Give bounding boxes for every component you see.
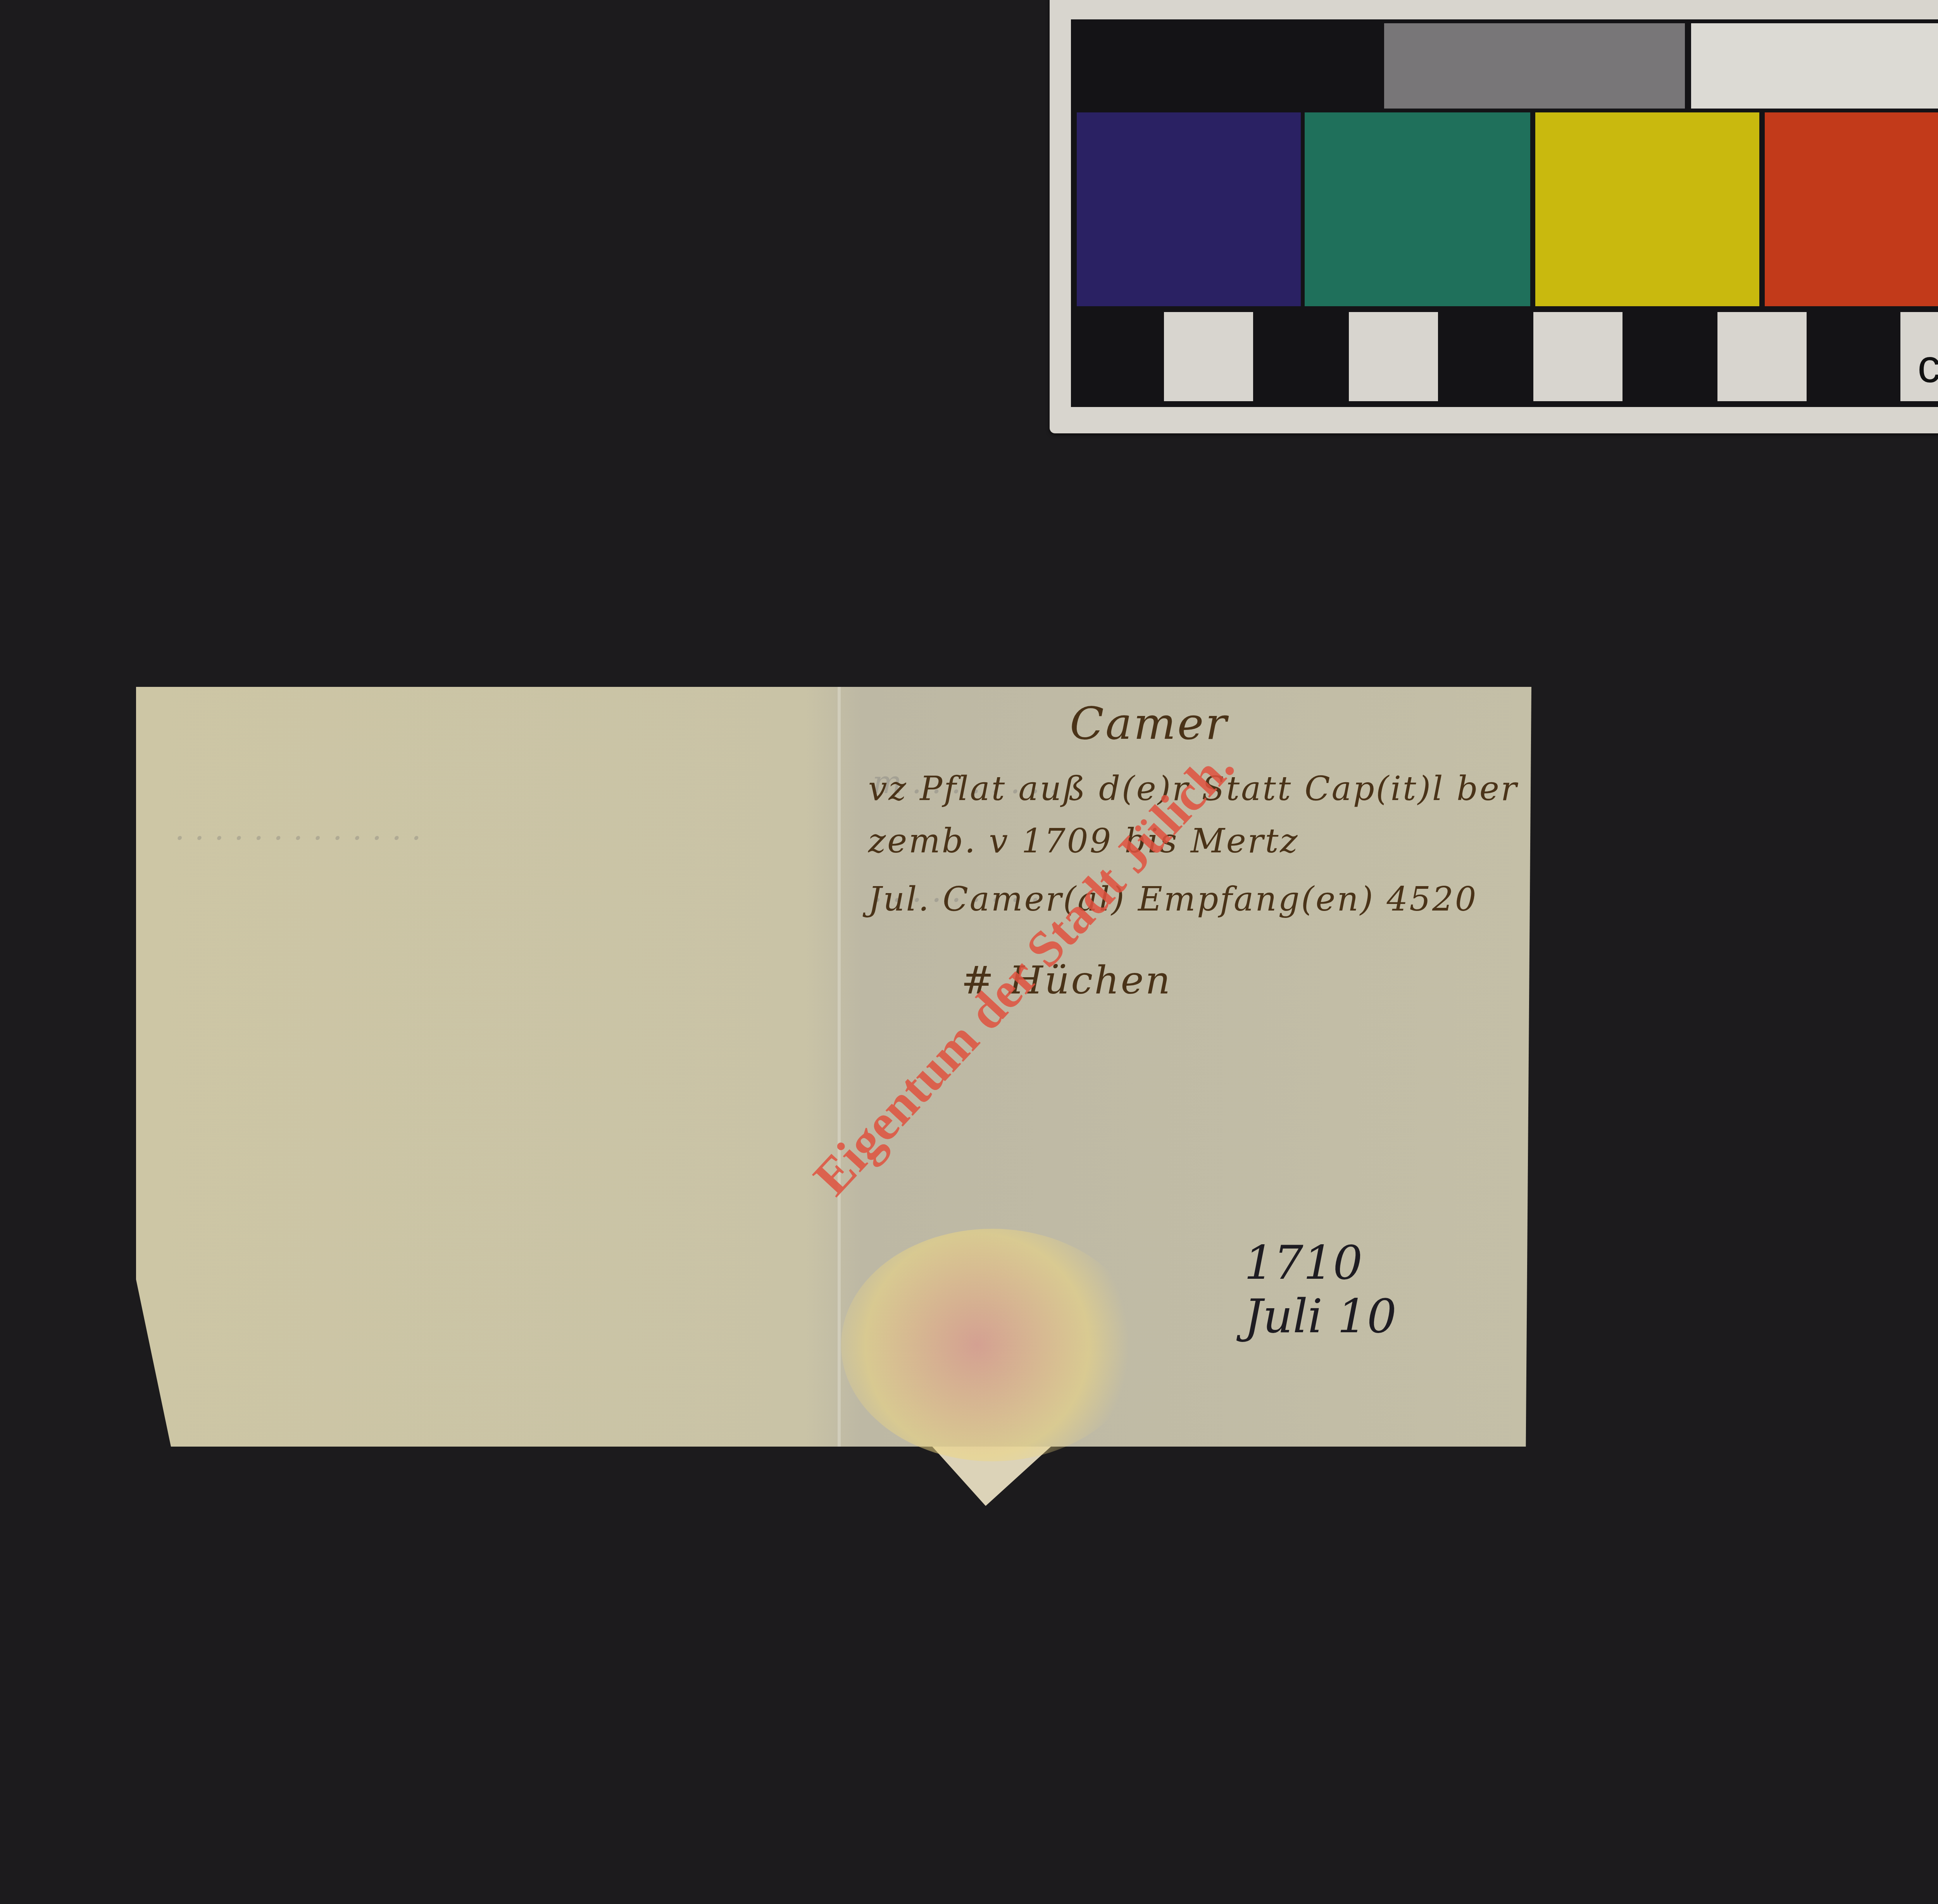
swatch-yellow (1535, 112, 1759, 306)
stain-mark (841, 1229, 1143, 1461)
unit-label: cm (1917, 343, 1938, 390)
swatch-blue (1077, 112, 1301, 306)
scale-segment (1164, 312, 1253, 401)
calibration-frame: cm (1071, 19, 1938, 407)
swatch-white (1691, 23, 1938, 109)
swatch-gray (1384, 23, 1685, 109)
color-calibration-card: cm (1050, 0, 1938, 433)
swatch-green (1305, 112, 1530, 306)
annotation-date: Juli 10 (1244, 1290, 1397, 1343)
swatch-black (1071, 23, 1381, 109)
scale-segment (1349, 312, 1438, 401)
scale-segment (1717, 312, 1807, 401)
handwritten-line-3: Jul. Camer(al) Empfang(en) 4520 (868, 880, 1478, 919)
annotation-year: 1710 (1244, 1237, 1397, 1290)
handwritten-line-2: zemb. v 1709 bis Mertz (868, 822, 1299, 861)
bleed-through-text: . . . . . . . . . . . . . (175, 811, 421, 847)
fold-crease (838, 687, 841, 1447)
scale-segment-last: cm (1900, 312, 1938, 401)
swatch-red (1765, 112, 1938, 306)
scale-segment (1533, 312, 1622, 401)
archive-annotation: 1710 Juli 10 (1244, 1237, 1397, 1343)
